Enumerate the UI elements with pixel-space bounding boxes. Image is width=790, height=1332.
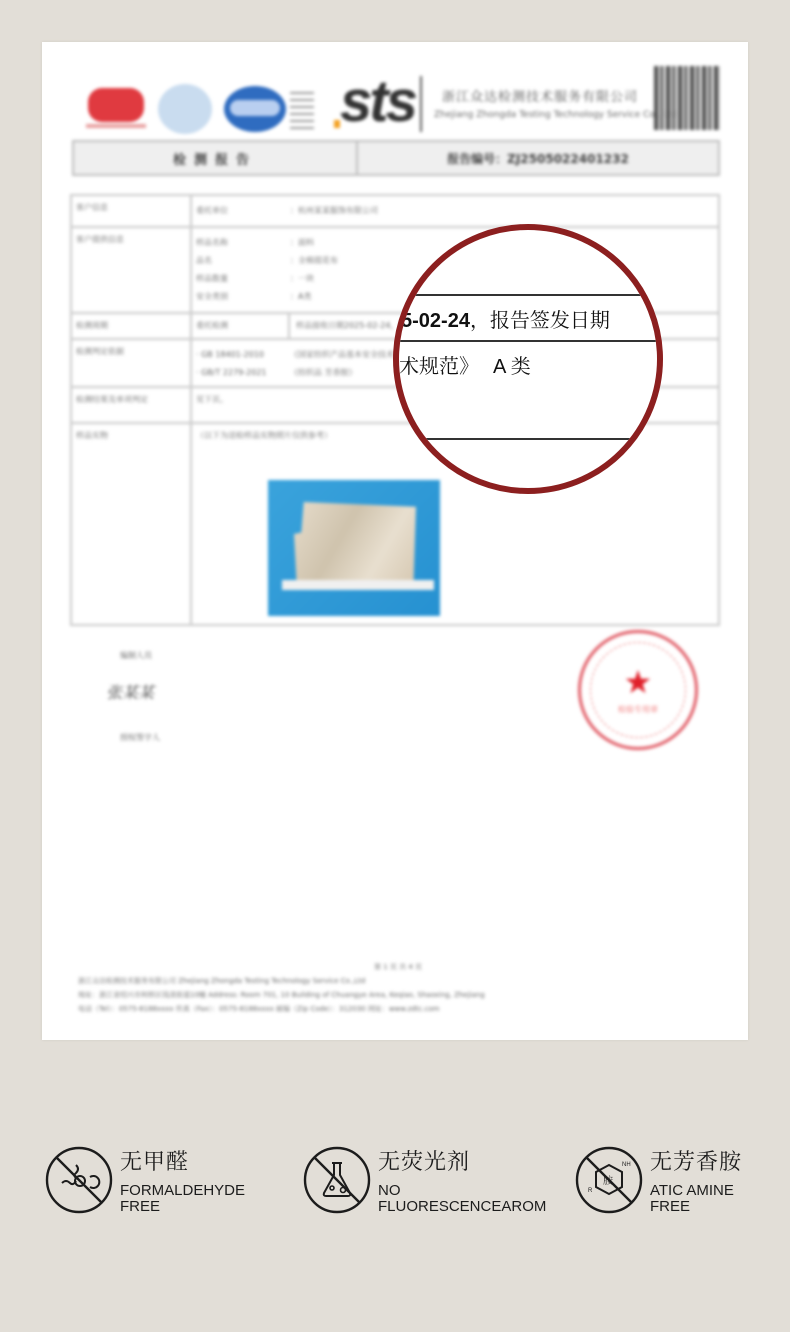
- table-row: 客户信息 委托单位 ：杭州某某服饰有限公司: [72, 196, 718, 228]
- signature-label-bottom: 授权签字人: [120, 732, 160, 743]
- feature-no-fluorescence: 无荧光剂 NOFLUORESCENCEAROM: [302, 1145, 546, 1215]
- table-line: [399, 438, 663, 440]
- feature-subtitle: FORMALDEHYDEFREE: [120, 1183, 245, 1215]
- report-title-bar: 检测报告 报告编号：ZJ2505022401232: [72, 140, 720, 176]
- svg-text:胺: 胺: [603, 1174, 613, 1187]
- feature-badges: 无甲醛 FORMALDEHYDEFREE 无荧光剂 NOFLUORESCENCE…: [0, 1145, 790, 1225]
- cnas-logo-text: [230, 100, 280, 116]
- report-footer: 第 1 页 共 4 页 浙江众达检测技术服务有限公司 Zhejiang Zhon…: [78, 960, 718, 1016]
- report-title: 检测报告: [74, 142, 358, 174]
- svg-text:NH: NH: [622, 1162, 631, 1168]
- ilac-logo: [158, 84, 212, 134]
- accreditation-text: [290, 92, 314, 130]
- footer-line: 地址：浙江省绍兴市柯桥区钱清街道10幢 Address: Room 701, 1…: [78, 988, 718, 1002]
- feature-subtitle: NOFLUORESCENCEAROM: [378, 1183, 546, 1215]
- no-formaldehyde-icon: [44, 1145, 114, 1215]
- feature-subtitle: ATIC AMINEFREE: [650, 1183, 742, 1215]
- feature-no-aromatic-amine: 胺 NH R 无芳香胺 ATIC AMINEFREE: [574, 1145, 742, 1215]
- signature-label-top: 编制人员: [120, 650, 152, 661]
- sts-logo: sts: [340, 68, 415, 135]
- stamp-text: 检验专用章: [618, 704, 658, 715]
- row-key: 样品实物: [72, 424, 192, 624]
- company-name-cn: 浙江众达检测技术服务有限公司: [442, 86, 638, 105]
- company-name-en: Zhejiang Zhongda Testing Technology Serv…: [434, 110, 677, 120]
- report-header: sts 浙江众达检测技术服务有限公司 Zhejiang Zhongda Test…: [42, 42, 748, 142]
- no-aromatic-amine-icon: 胺 NH R: [574, 1145, 644, 1215]
- feature-title: 无甲醛: [120, 1149, 245, 1177]
- star-icon: ★: [624, 666, 653, 698]
- logo-divider: [420, 76, 422, 132]
- feature-title: 无荧光剂: [378, 1149, 546, 1177]
- magnifier-callout: 5-02-24，报告签发日期 术规范》A 类: [393, 224, 663, 494]
- test-report-document: sts 浙江众达检测技术服务有限公司 Zhejiang Zhongda Test…: [42, 42, 748, 1040]
- row-key: 客户提供信息: [72, 228, 192, 312]
- feature-no-formaldehyde: 无甲醛 FORMALDEHYDEFREE: [44, 1145, 245, 1215]
- table-line: [399, 294, 663, 296]
- row-key: 客户信息: [72, 196, 192, 226]
- footer-line: 浙江众达检测技术服务有限公司 Zhejiang Zhongda Testing …: [78, 974, 718, 988]
- svg-text:R: R: [588, 1188, 593, 1194]
- table-line: [399, 340, 663, 342]
- magnified-class-text: 术规范》A 类: [399, 350, 531, 379]
- row-key: 检测判定依据: [72, 340, 192, 386]
- row-key: 检测结果及单项判定: [72, 388, 192, 422]
- no-fluorescence-icon: [302, 1145, 372, 1215]
- qr-code: [654, 66, 720, 130]
- row-key: 检测周期: [72, 314, 192, 338]
- feature-title: 无芳香胺: [650, 1149, 742, 1177]
- magnified-date-text: 5-02-24，报告签发日期: [401, 304, 610, 333]
- sample-label: [282, 580, 434, 590]
- row-value: 委托单位 ：杭州某某服饰有限公司: [192, 196, 718, 226]
- page-number: 第 1 页 共 4 页: [78, 960, 718, 974]
- report-number: 报告编号：ZJ2505022401232: [358, 142, 718, 174]
- cmc-logo-caption: [86, 124, 146, 128]
- official-stamp: ★ 检验专用章: [578, 630, 698, 750]
- footer-line: 电话（Tel）：0575-8188xxxx 传真（Fax）：0575-8188x…: [78, 1002, 718, 1016]
- cmc-logo: [88, 88, 144, 122]
- fabric-sample: [294, 502, 416, 582]
- signature: 张某某: [106, 680, 154, 703]
- sample-photo: [268, 480, 440, 616]
